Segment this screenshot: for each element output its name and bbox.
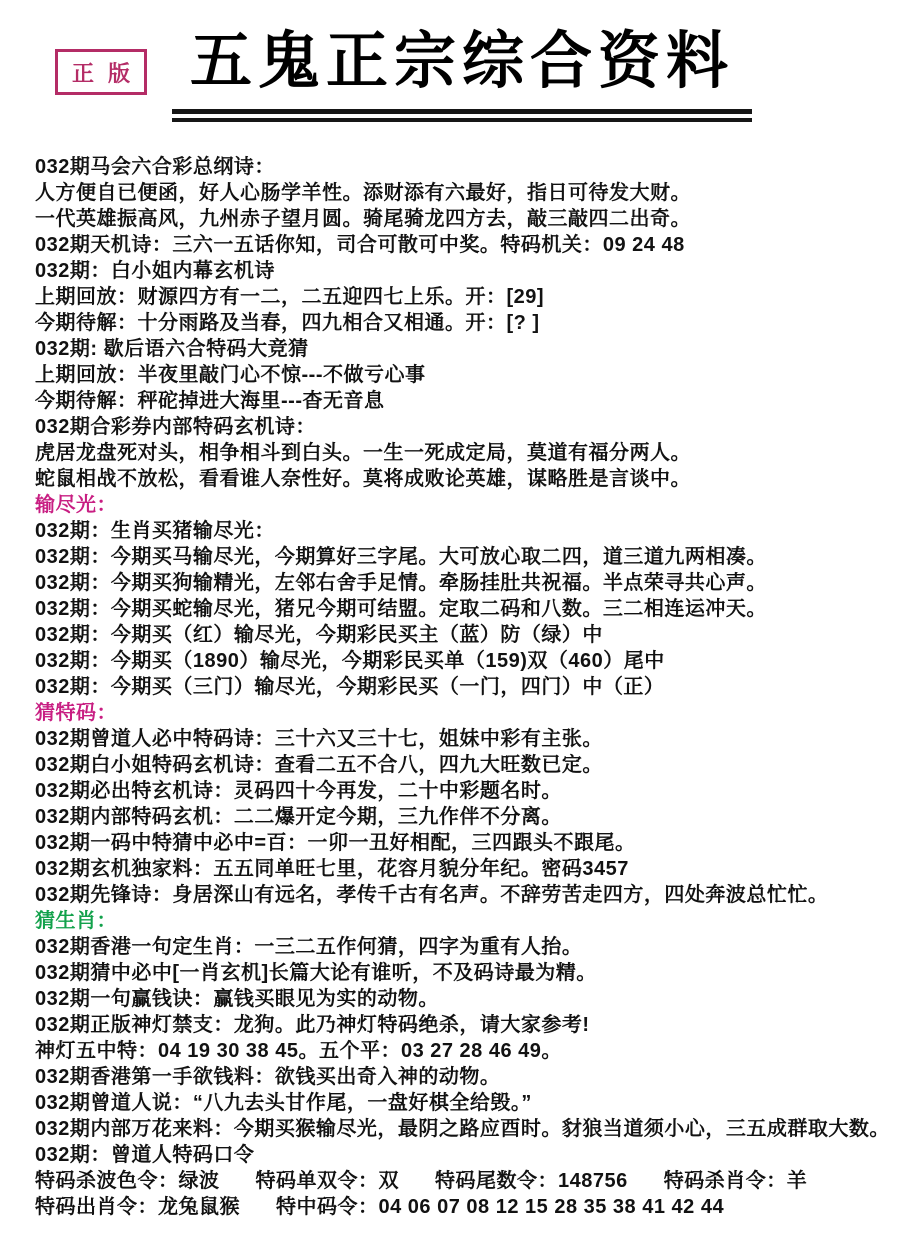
command-pair: 特中码令：04 06 07 08 12 15 28 35 38 41 42 44	[276, 1196, 724, 1218]
text-line: 032期：生肖买猪输尽光：	[35, 518, 882, 544]
text-line: 今期待解：秤砣掉进大海里---杳无音息	[35, 388, 882, 414]
text-line: 032期先锋诗：身居深山有远名，孝传千古有名声。不辞劳苦走四方，四处奔波总忙忙。	[35, 882, 882, 908]
text-line: 032期香港一句定生肖：一三二五作何猜，四字为重有人抬。	[35, 934, 882, 960]
content-lines: 032期马会六合彩总纲诗：人方便自已便函，好人心肠学羊性。添财添有六最好，指日可…	[0, 150, 900, 1220]
text-line: 一代英雄振高风，九州赤子望月圆。骑尾骑龙四方去，敲三敲四二出奇。	[35, 206, 882, 232]
text-line: 032期：今期买狗输精光，左邻右舍手足情。牵肠挂肚共祝福。半点荣寻共心声。	[35, 570, 882, 596]
text-line: 032期：今期买（三门）输尽光，今期彩民买（一门，四门）中（正）	[35, 674, 882, 700]
section-heading: 输尽光：	[35, 492, 882, 518]
text-line: 032期合彩券内部特码玄机诗：	[35, 414, 882, 440]
text-line: 虎居龙盘死对头，相争相斗到白头。一生一死成定局，莫道有福分两人。	[35, 440, 882, 466]
text-line: 032期：曾道人特码口令	[35, 1142, 882, 1168]
text-line: 今期待解：十分雨路及当春，四九相合又相通。开：[? ]	[35, 310, 882, 336]
text-line: 032期天机诗：三六一五话你知，司合可散可中奖。特码机关：09 24 48	[35, 232, 882, 258]
text-line: 032期正版神灯禁支：龙狗。此乃神灯特码绝杀，请大家参考!	[35, 1012, 882, 1038]
page-title: 五鬼正宗综合资料	[172, 18, 752, 106]
command-pair: 特码尾数令：148756	[435, 1170, 628, 1192]
text-line: 032期曾道人说：“八九去头甘作尾，一盘好棋全给毁。”	[35, 1090, 882, 1116]
text-line: 032期内部特码玄机：二二爆开定今期，三九作伴不分离。	[35, 804, 882, 830]
command-pair: 特码出肖令：龙兔鼠猴	[35, 1196, 240, 1218]
text-line: 032期：今期买马输尽光，今期算好三字尾。大可放心取二四，道三道九两相凑。	[35, 544, 882, 570]
command-pair: 特码单双令：双	[256, 1170, 400, 1192]
text-line: 032期白小姐特码玄机诗：查看二五不合八，四九大旺数已定。	[35, 752, 882, 778]
authentic-badge: 正版	[55, 49, 147, 95]
text-line: 032期：今期买（1890）输尽光，今期彩民买单（159)双（460）尾中	[35, 648, 882, 674]
text-line: 032期一句赢钱诀：赢钱买眼见为实的动物。	[35, 986, 882, 1012]
text-line: 032期曾道人必中特码诗：三十六又三十七，姐妹中彩有主张。	[35, 726, 882, 752]
text-line: 032期: 歇后语六合特码大竞猜	[35, 336, 882, 362]
text-line: 人方便自已便函，好人心肠学羊性。添财添有六最好，指日可待发大财。	[35, 180, 882, 206]
section-heading: 猜生肖：	[35, 908, 882, 934]
text-line: 032期必出特玄机诗：灵码四十今再发，二十中彩题名时。	[35, 778, 882, 804]
command-pair: 特码杀波色令：绿波	[35, 1170, 220, 1192]
authentic-badge-label: 正版	[58, 57, 144, 88]
command-line: 特码杀波色令：绿波特码单双令：双特码尾数令：148756特码杀肖令：羊	[35, 1168, 882, 1194]
text-line: 蛇鼠相战不放松，看看谁人奈性好。莫将成败论英雄，谋略胜是言谈中。	[35, 466, 882, 492]
title-underline	[172, 109, 752, 122]
page-header: 正版 五鬼正宗综合资料	[0, 0, 900, 150]
text-line: 上期回放：财源四方有一二，二五迎四七上乐。开：[29]	[35, 284, 882, 310]
text-line: 032期玄机独家料：五五同单旺七里，花容月貌分年纪。密码3457	[35, 856, 882, 882]
section-heading: 猜特码：	[35, 700, 882, 726]
text-line: 032期马会六合彩总纲诗：	[35, 154, 882, 180]
text-line: 032期：今期买（红）输尽光，今期彩民买主（蓝）防（绿）中	[35, 622, 882, 648]
text-line: 032期猜中必中[一肖玄机]长篇大论有谁听，不及码诗最为精。	[35, 960, 882, 986]
title-block: 五鬼正宗综合资料	[172, 18, 752, 122]
text-line: 上期回放：半夜里敲门心不惊---不做亏心事	[35, 362, 882, 388]
text-line: 032期内部万花来料：今期买猴输尽光，最阴之路应酉时。豺狼当道须小心，三五成群取…	[35, 1116, 882, 1142]
text-line: 032期一码中特猜中必中=百：一卯一丑好相配，三四跟头不跟尾。	[35, 830, 882, 856]
text-line: 032期：白小姐内幕玄机诗	[35, 258, 882, 284]
text-line: 032期：今期买蛇输尽光，猪兄今期可结盟。定取二码和八数。三二相连运冲天。	[35, 596, 882, 622]
text-line: 神灯五中特：04 19 30 38 45。五个平：03 27 28 46 49。	[35, 1038, 882, 1064]
command-pair: 特码杀肖令：羊	[664, 1170, 808, 1192]
command-line: 特码出肖令：龙兔鼠猴特中码令：04 06 07 08 12 15 28 35 3…	[35, 1194, 882, 1220]
text-line: 032期香港第一手欲钱料：欲钱买出奇入神的动物。	[35, 1064, 882, 1090]
